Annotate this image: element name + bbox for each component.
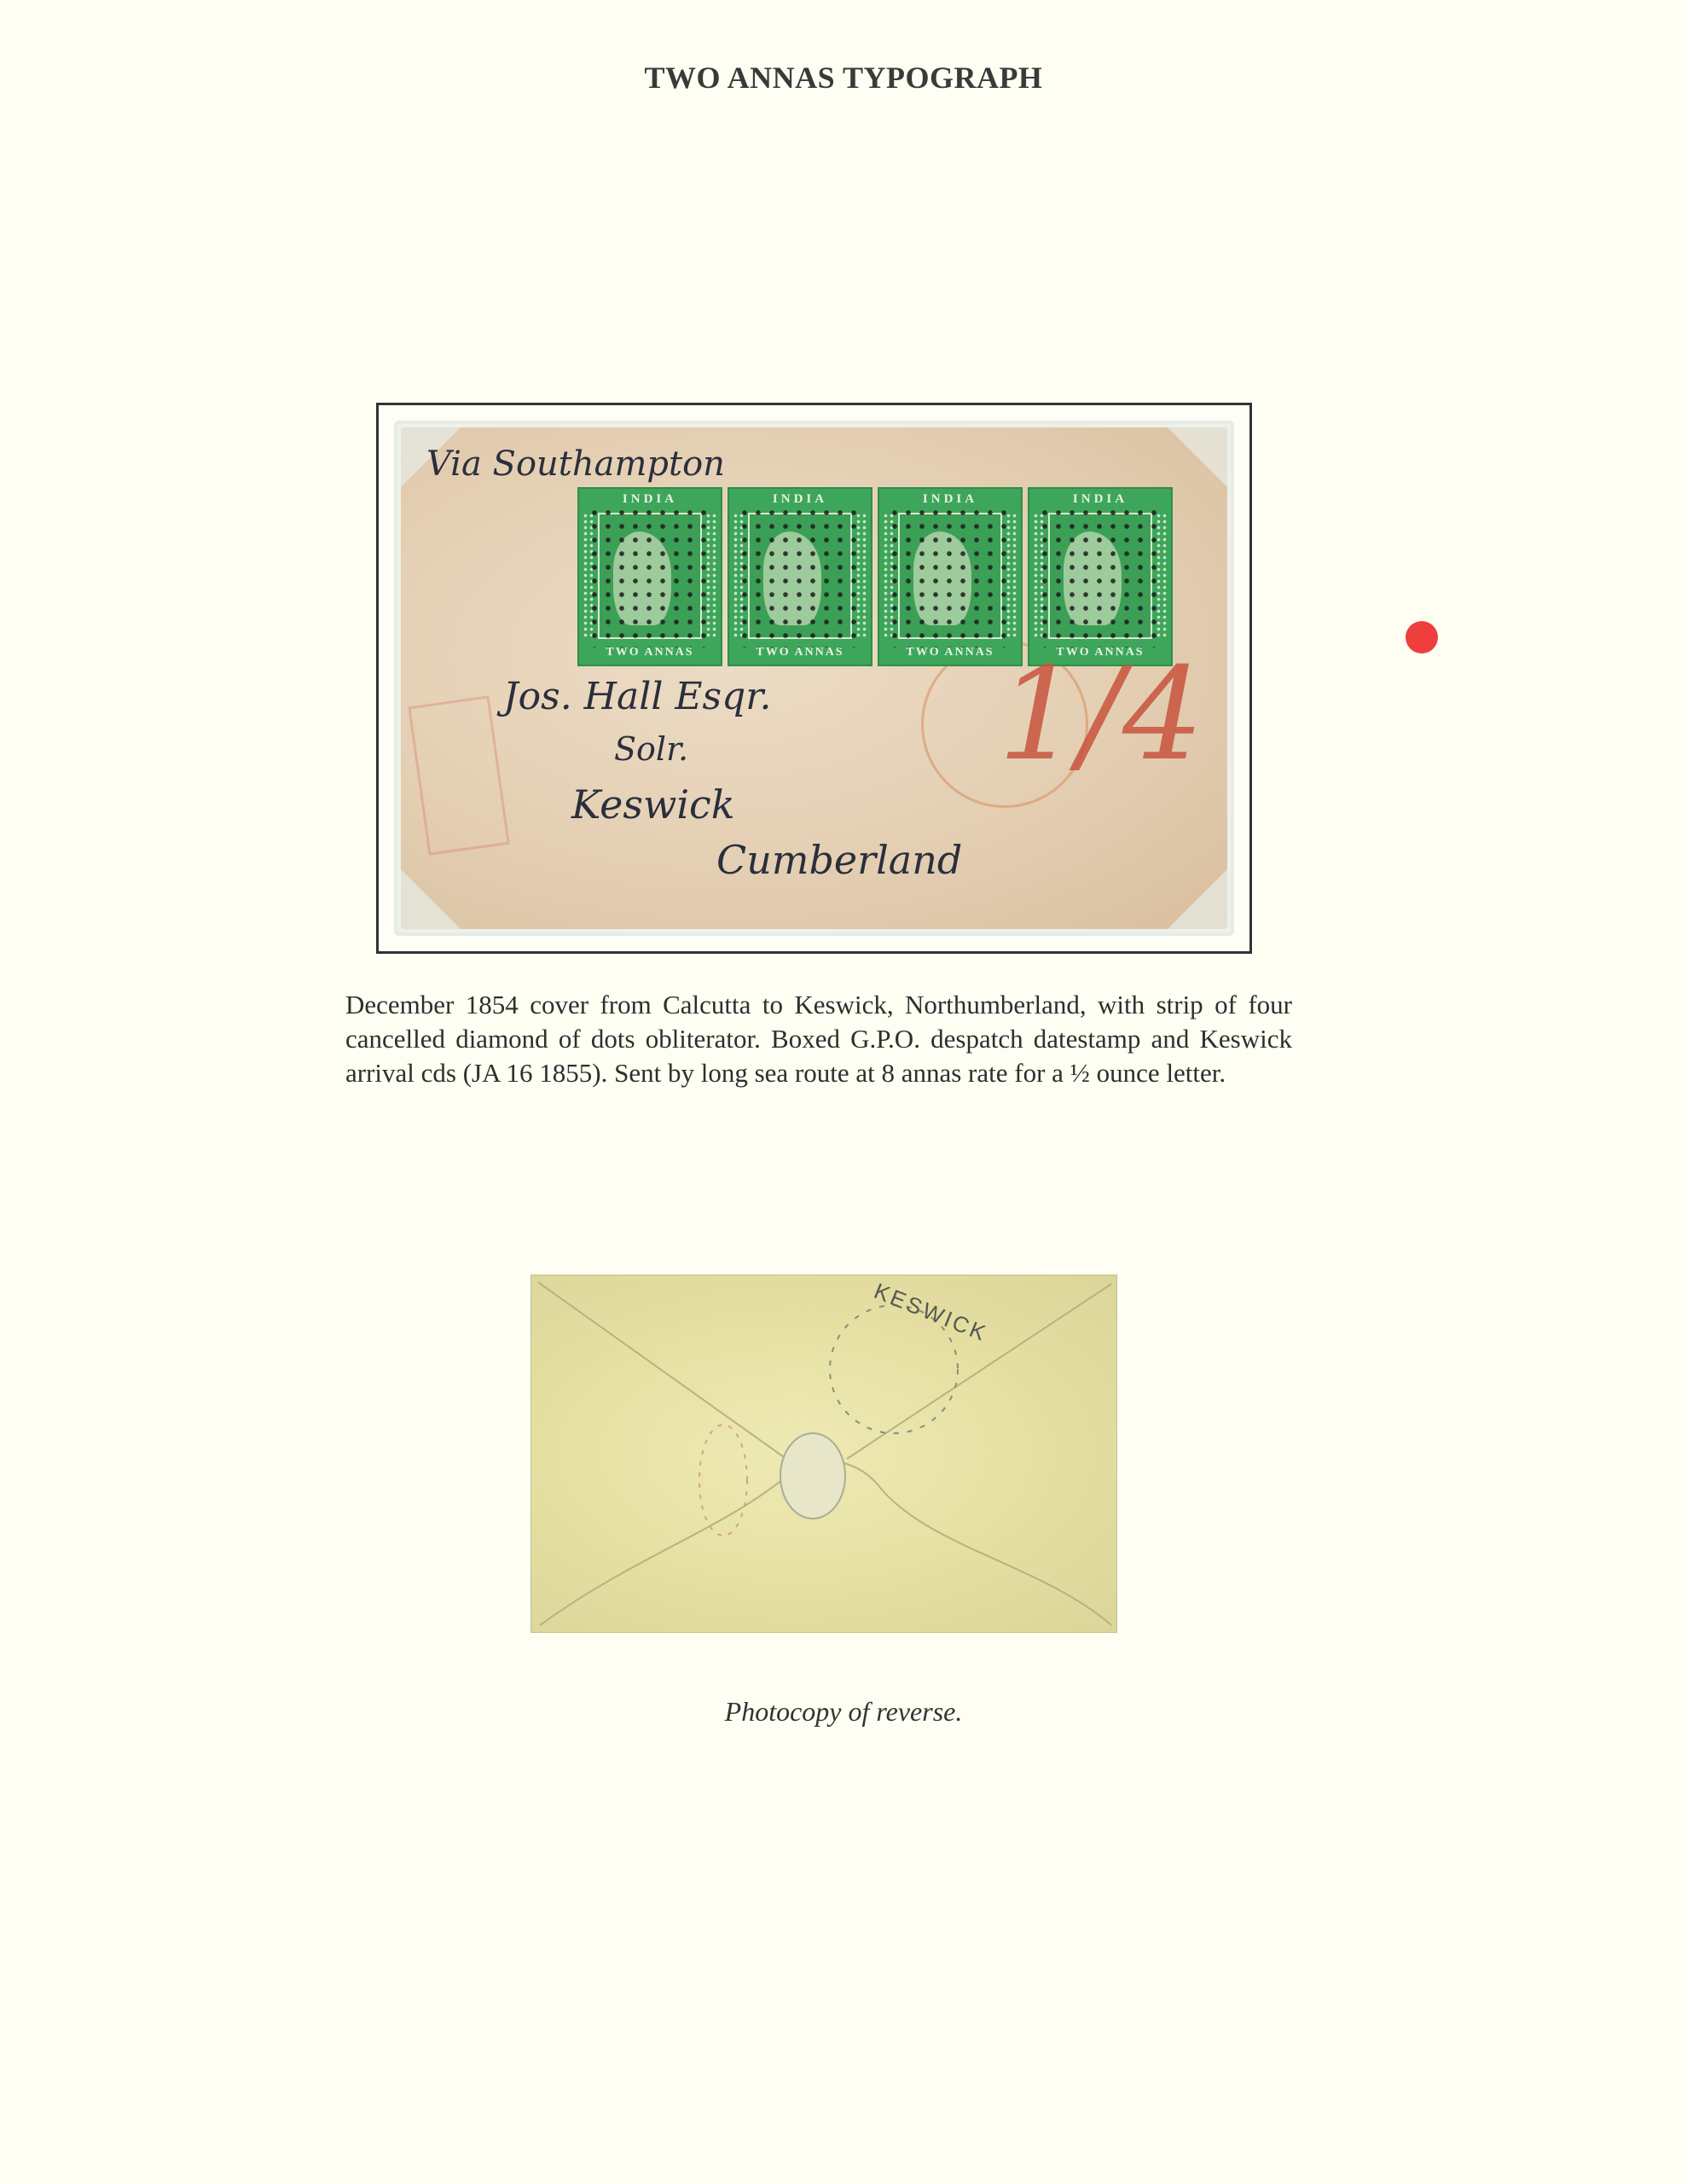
stamp-top-label: INDIA <box>729 492 871 507</box>
diamond-dots-cancel <box>1038 506 1162 648</box>
diamond-dots-cancel <box>738 506 862 648</box>
stamp: INDIA TWO ANNAS <box>728 487 872 666</box>
mount-corner <box>401 869 461 929</box>
diamond-dots-cancel <box>888 506 1012 648</box>
stamp: INDIA TWO ANNAS <box>878 487 1023 666</box>
envelope-flap-lines <box>531 1275 1116 1632</box>
stamp-bottom-label: TWO ANNAS <box>579 646 721 659</box>
cover-reverse-image: KESWICK <box>530 1275 1117 1633</box>
mount-corner <box>1168 427 1227 487</box>
stamp-bottom-label: TWO ANNAS <box>729 646 871 659</box>
stamp-top-label: INDIA <box>879 492 1021 507</box>
handwritten-route: Via Southampton <box>426 444 725 484</box>
red-manuscript-charge-mark: 1/4 <box>998 641 1203 789</box>
handwritten-title: Solr. <box>614 730 688 768</box>
cover-front-frame: Via Southampton INDIA TWO ANNAS INDIA <box>376 403 1252 954</box>
stamp: INDIA TWO ANNAS <box>1028 487 1173 666</box>
handwritten-addressee: Jos. Hall Esqr. <box>503 675 771 718</box>
stamp-strip: INDIA TWO ANNAS INDIA TWO ANNAS INDI <box>577 487 1173 666</box>
cover-description: December 1854 cover from Calcutta to Kes… <box>345 988 1292 1090</box>
page-title: TWO ANNAS TYPOGRAPH <box>0 60 1687 96</box>
stamp: INDIA TWO ANNAS <box>577 487 722 666</box>
stamp-mount: Via Southampton INDIA TWO ANNAS INDIA <box>394 421 1234 936</box>
cover-front-image: Via Southampton INDIA TWO ANNAS INDIA <box>401 427 1227 929</box>
reverse-caption: Photocopy of reverse. <box>0 1696 1687 1728</box>
boxed-gpo-datestamp <box>408 695 510 856</box>
stamp-top-label: INDIA <box>1029 492 1171 507</box>
handwritten-county: Cumberland <box>716 837 962 883</box>
handwritten-town: Keswick <box>571 781 735 828</box>
red-marker-dot <box>1406 621 1438 653</box>
mount-corner <box>1168 869 1227 929</box>
diamond-dots-cancel <box>588 506 712 648</box>
stamp-top-label: INDIA <box>579 492 721 507</box>
